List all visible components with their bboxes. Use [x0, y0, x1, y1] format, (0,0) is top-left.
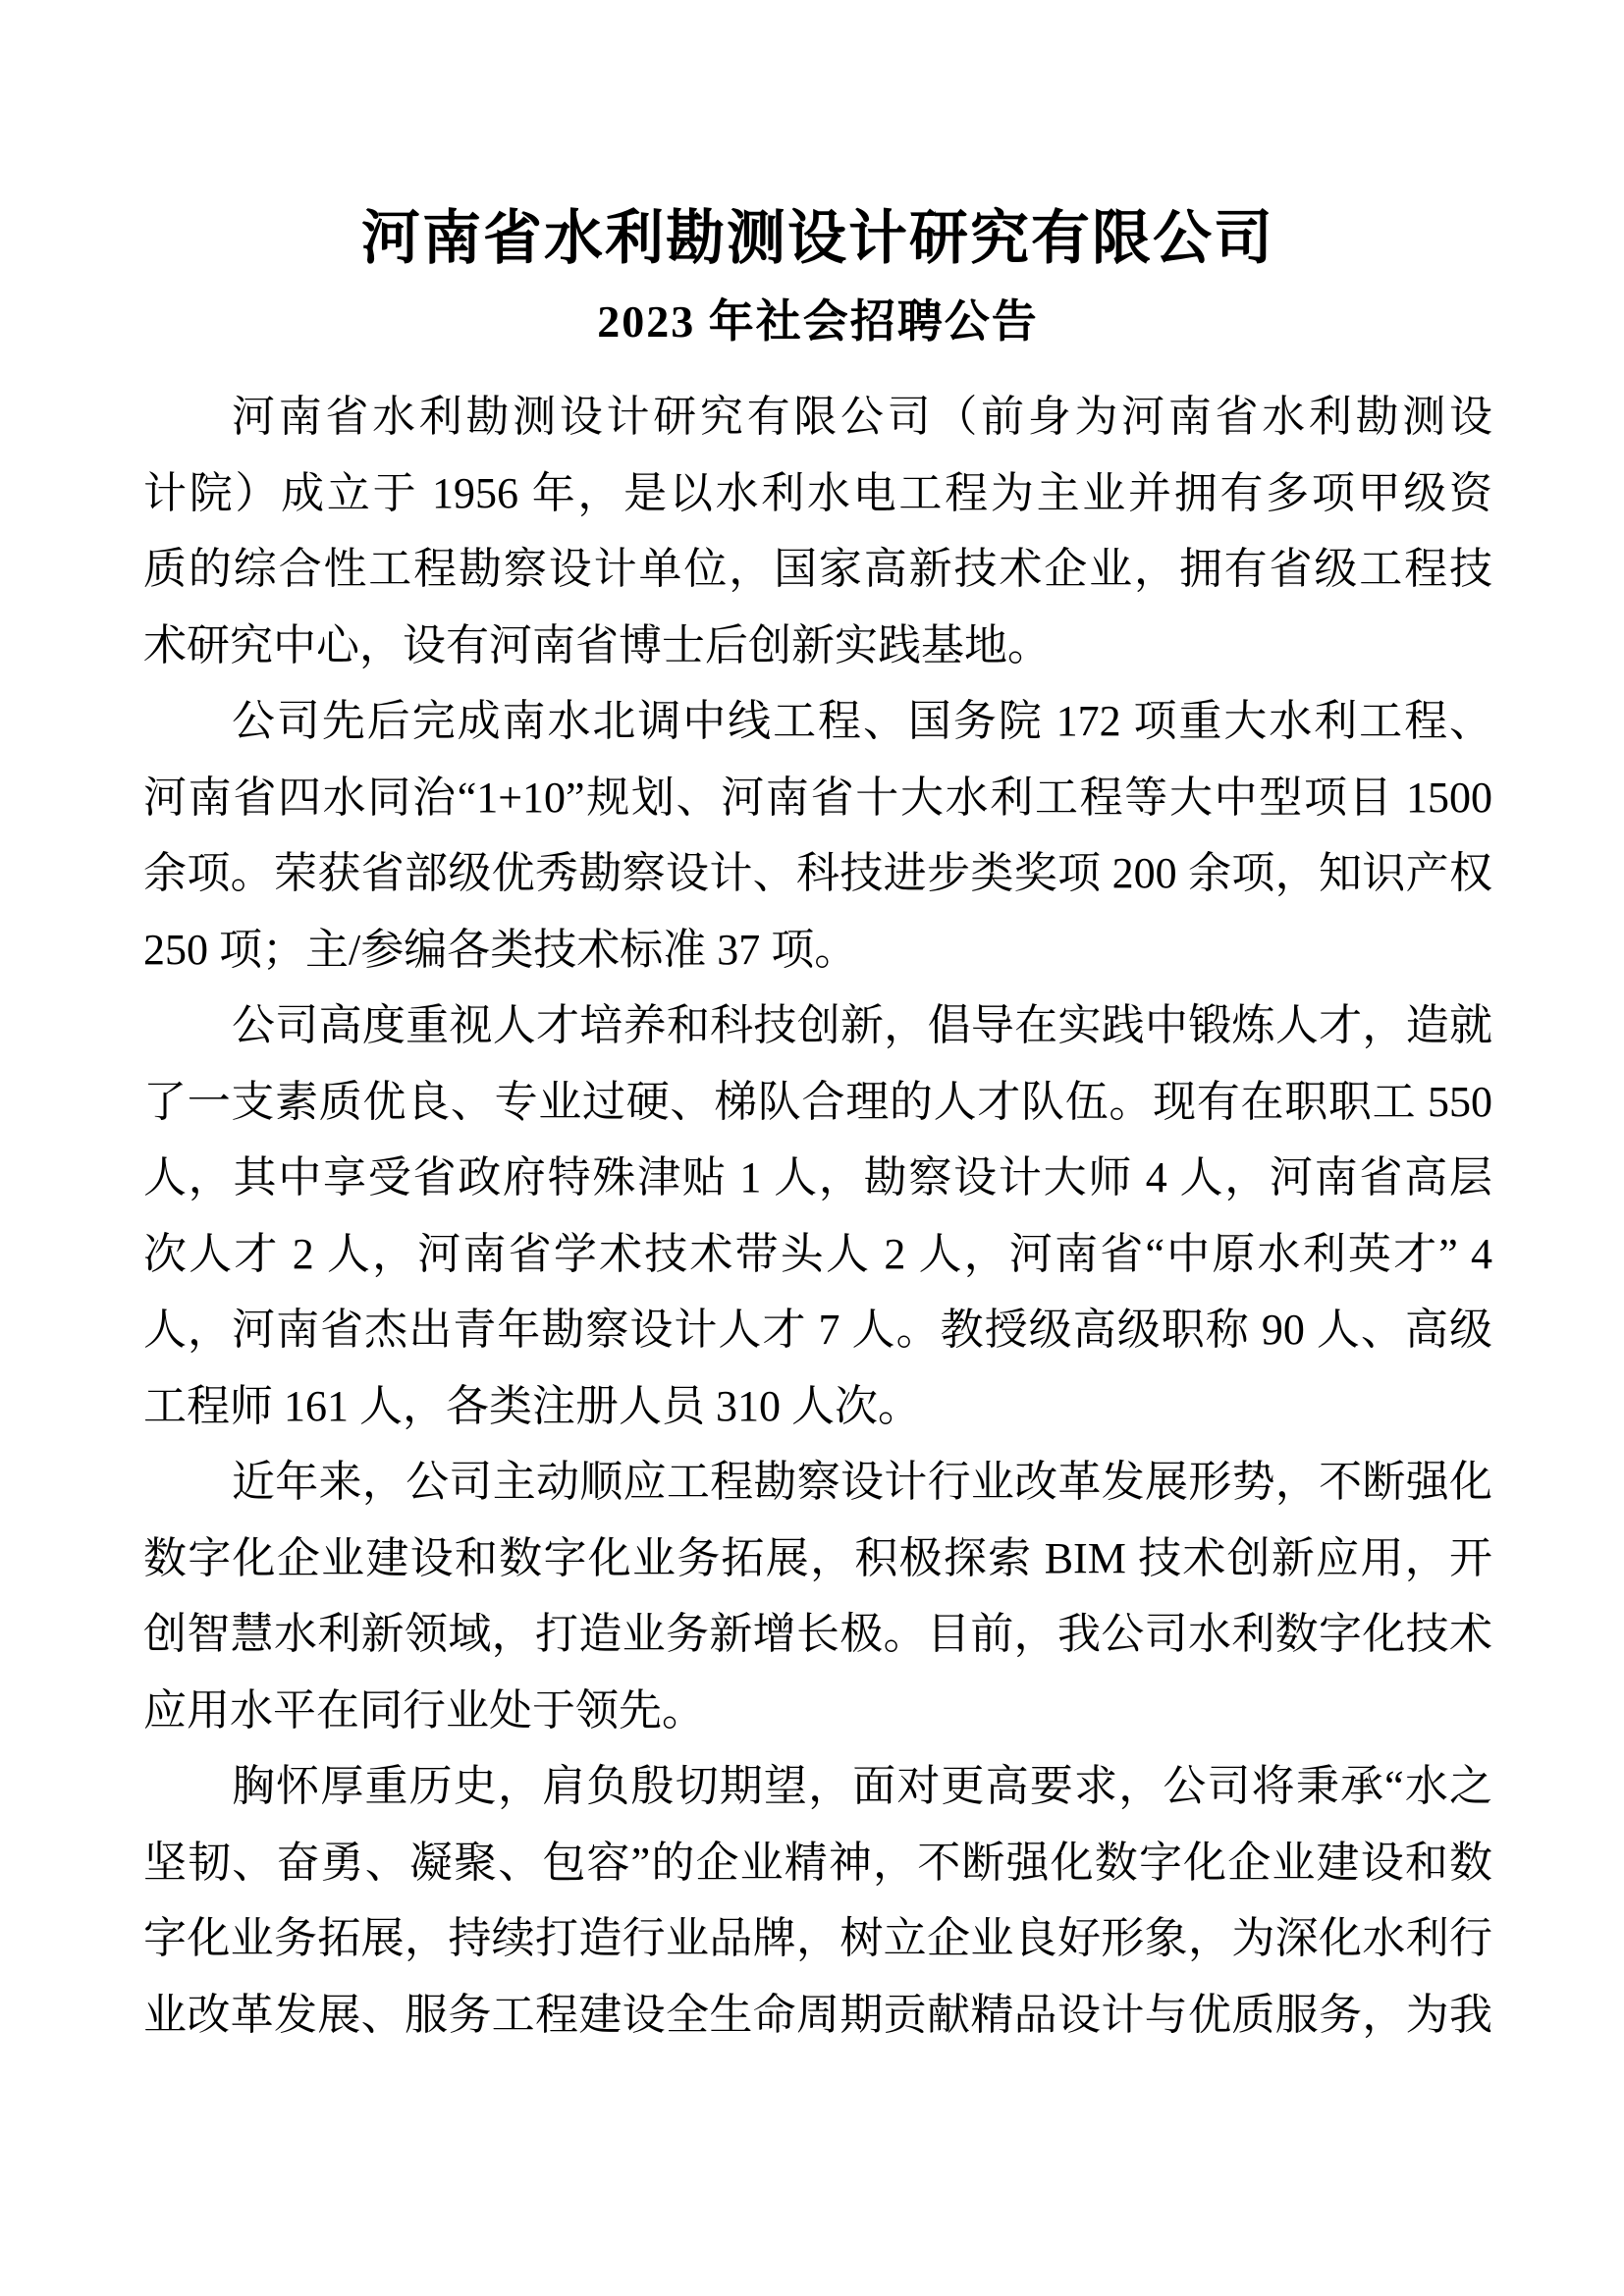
text-line: 了一支素质优良、专业过硬、梯队合理的人才队伍。现有在职职工 550 — [143, 1064, 1492, 1141]
document-subtitle: 2023 年社会招聘公告 — [143, 287, 1492, 357]
text-line: 人，河南省杰出青年勘察设计人才 7 人。教授级高级职称 90 人、高级 — [143, 1292, 1492, 1368]
document-page: 河南省水利勘测设计研究有限公司 2023 年社会招聘公告 河南省水利勘测设计研究… — [0, 0, 1624, 2296]
paragraph: 公司高度重视人才培养和科技创新，倡导在实践中锻炼人才，造就了一支素质优良、专业过… — [143, 988, 1492, 1444]
text-line: 近年来，公司主动顺应工程勘察设计行业改革发展形势，不断强化 — [143, 1444, 1492, 1521]
text-line: 余项。荣获省部级优秀勘察设计、科技进步类奖项 200 余项，知识产权 — [143, 835, 1492, 912]
text-line: 质的综合性工程勘察设计单位，国家高新技术企业，拥有省级工程技 — [143, 531, 1492, 608]
paragraph: 公司先后完成南水北调中线工程、国务院 172 项重大水利工程、河南省四水同治“1… — [143, 683, 1492, 988]
document-title: 河南省水利勘测设计研究有限公司 — [143, 196, 1492, 281]
text-line: 业改革发展、服务工程建设全生命周期贡献精品设计与优质服务，为我 — [143, 1977, 1492, 2054]
paragraph: 胸怀厚重历史，肩负殷切期望，面对更高要求，公司将秉承“水之坚韧、奋勇、凝聚、包容… — [143, 1748, 1492, 2053]
text-line: 胸怀厚重历史，肩负殷切期望，面对更高要求，公司将秉承“水之 — [143, 1748, 1492, 1825]
text-line: 次人才 2 人，河南省学术技术带头人 2 人，河南省“中原水利英才” 4 — [143, 1216, 1492, 1293]
paragraph: 河南省水利勘测设计研究有限公司（前身为河南省水利勘测设计院）成立于 1956 年… — [143, 379, 1492, 683]
text-line: 术研究中心，设有河南省博士后创新实践基地。 — [143, 608, 1492, 684]
text-line: 字化业务拓展，持续打造行业品牌，树立企业良好形象，为深化水利行 — [143, 1900, 1492, 1977]
text-line: 河南省水利勘测设计研究有限公司（前身为河南省水利勘测设 — [143, 379, 1492, 455]
text-line: 数字化企业建设和数字化业务拓展，积极探索 BIM 技术创新应用，开 — [143, 1521, 1492, 1597]
text-line: 创智慧水利新领域，打造业务新增长极。目前，我公司水利数字化技术 — [143, 1596, 1492, 1673]
text-line: 应用水平在同行业处于领先。 — [143, 1673, 1492, 1749]
text-line: 坚韧、奋勇、凝聚、包容”的企业精神，不断强化数字化企业建设和数 — [143, 1825, 1492, 1901]
text-line: 河南省四水同治“1+10”规划、河南省十大水利工程等大中型项目 1500 — [143, 760, 1492, 836]
text-line: 250 项；主/参编各类技术标准 37 项。 — [143, 912, 1492, 988]
text-line: 工程师 161 人，各类注册人员 310 人次。 — [143, 1368, 1492, 1445]
text-line: 公司先后完成南水北调中线工程、国务院 172 项重大水利工程、 — [143, 683, 1492, 760]
text-line: 计院）成立于 1956 年，是以水利水电工程为主业并拥有多项甲级资 — [143, 455, 1492, 532]
text-line: 人，其中享受省政府特殊津贴 1 人，勘察设计大师 4 人，河南省高层 — [143, 1140, 1492, 1216]
paragraph: 近年来，公司主动顺应工程勘察设计行业改革发展形势，不断强化数字化企业建设和数字化… — [143, 1444, 1492, 1748]
text-line: 公司高度重视人才培养和科技创新，倡导在实践中锻炼人才，造就 — [143, 988, 1492, 1064]
document-body: 河南省水利勘测设计研究有限公司（前身为河南省水利勘测设计院）成立于 1956 年… — [143, 379, 1492, 2053]
